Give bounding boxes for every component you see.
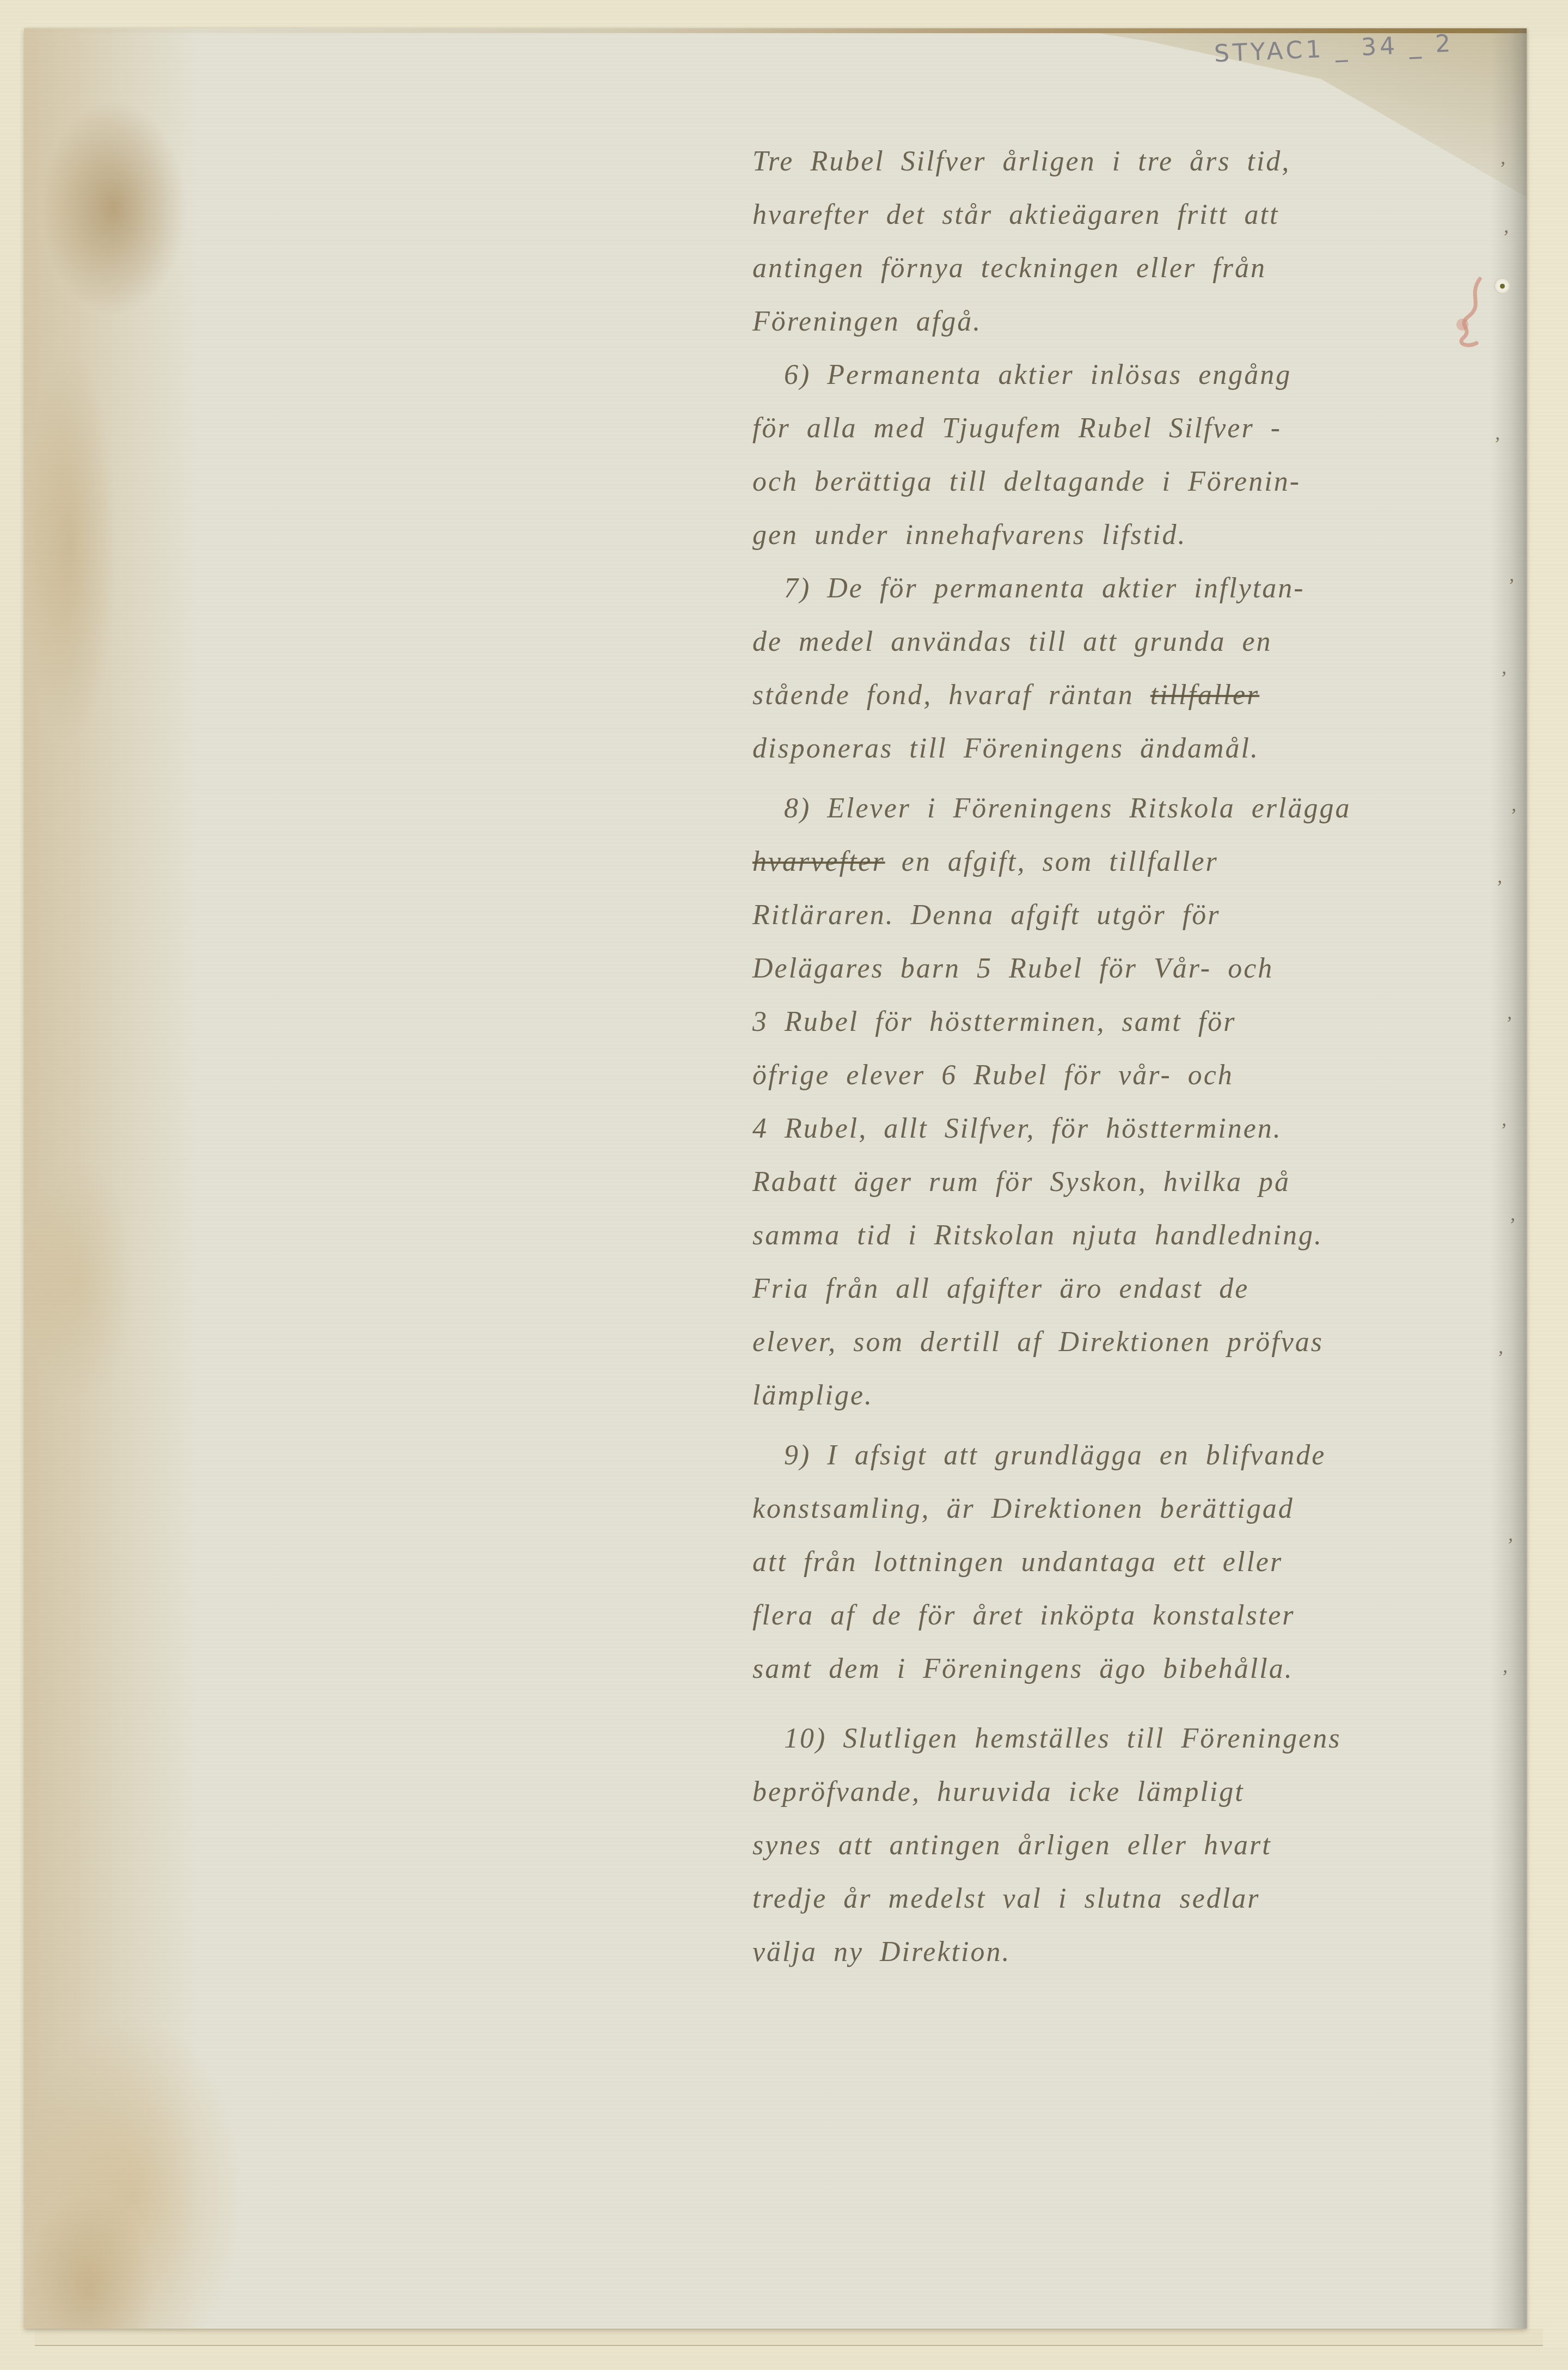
manuscript-line: att från lottningen undantaga ett eller bbox=[752, 1536, 1520, 1589]
manuscript-line: 6) Permanenta aktier inlösas engång bbox=[752, 349, 1520, 402]
manuscript-line-text: välja ny Direktion. bbox=[752, 1937, 1010, 1968]
manuscript-line-text: synes att antingen årligen eller hvart bbox=[752, 1830, 1272, 1861]
manuscript-line-text: Föreningen afgå. bbox=[752, 306, 982, 337]
ink-speck: ʼ bbox=[1499, 1119, 1506, 1141]
manuscript-line: antingen förnya teckningen eller från bbox=[752, 242, 1520, 295]
manuscript-line-text: disponeras till Föreningens ändamål. bbox=[752, 733, 1259, 764]
ink-speck: ʼ bbox=[1507, 574, 1514, 597]
manuscript-text: Tre Rubel Silfver årligen i tre års tid,… bbox=[752, 135, 1520, 1979]
manuscript-line: konstsamling, är Direktionen berättigad bbox=[752, 1482, 1520, 1536]
manuscript-line-text: de medel användas till att grunda en bbox=[752, 626, 1272, 657]
manuscript-line: Rabatt äger rum för Syskon, hvilka på bbox=[752, 1156, 1520, 1209]
manuscript-line-text: tredje år medelst val i slutna sedlar bbox=[752, 1883, 1260, 1914]
manuscript-line-text: för alla med Tjugufem Rubel Silfver - bbox=[752, 413, 1282, 444]
manuscript-line: samt dem i Föreningens ägo bibehålla. bbox=[752, 1642, 1520, 1696]
manuscript-line-text: lämplige. bbox=[752, 1380, 873, 1411]
manuscript-line-text: att från lottningen undantaga ett eller bbox=[752, 1547, 1283, 1578]
manuscript-line: flera af de för året inköpta konstalster bbox=[752, 1589, 1520, 1642]
manuscript-line: gen under innehafvarens lifstid. bbox=[752, 509, 1520, 562]
manuscript-line-text: 10) Slutligen hemställes till Föreningen… bbox=[784, 1723, 1341, 1754]
manuscript-line-text: gen under innehafvarens lifstid. bbox=[752, 520, 1187, 551]
manuscript-line-text: Tre Rubel Silfver årligen i tre års tid, bbox=[752, 146, 1290, 177]
manuscript-line-text: och berättiga till deltagande i Förenin- bbox=[752, 466, 1301, 497]
ink-speck: ʼ bbox=[1500, 1665, 1507, 1688]
manuscript-line-text: Rabatt äger rum för Syskon, hvilka på bbox=[752, 1166, 1290, 1198]
manuscript-line-text: 6) Permanenta aktier inlösas engång bbox=[784, 359, 1291, 390]
struck-word: hvarvefter bbox=[752, 846, 885, 877]
manuscript-line-text: 8) Elever i Föreningens Ritskola erlägga bbox=[784, 793, 1351, 824]
red-ink-mark-icon bbox=[1446, 274, 1495, 356]
ink-speck: ʼ bbox=[1498, 157, 1505, 180]
manuscript-line-text: 7) De för permanenta aktier inflytan- bbox=[784, 573, 1305, 604]
manuscript-line: lämplige. bbox=[752, 1369, 1520, 1422]
manuscript-page: STYAC1 _ 34 _ 2 Tre Rubel Silfver årlige… bbox=[24, 28, 1527, 2329]
under-sheet-right-edge bbox=[1524, 38, 1568, 2347]
ink-speck: ʼ bbox=[1508, 1213, 1515, 1236]
manuscript-line: 8) Elever i Föreningens Ritskola erlägga bbox=[752, 782, 1520, 835]
manuscript-line-text: antingen förnya teckningen eller från bbox=[752, 253, 1266, 284]
manuscript-line-text: stående fond, hvaraf räntan bbox=[752, 680, 1150, 711]
ink-speck: ʼ bbox=[1496, 1346, 1503, 1369]
ink-speck: ʼ bbox=[1495, 876, 1502, 899]
ink-speck: ʼ bbox=[1499, 667, 1506, 689]
manuscript-line: samma tid i Ritskolan njuta handledning. bbox=[752, 1209, 1520, 1262]
manuscript-line-text: Ritläraren. Denna afgift utgör för bbox=[752, 900, 1221, 931]
manuscript-line: disponeras till Föreningens ändamål. bbox=[752, 722, 1520, 775]
manuscript-line: Ritläraren. Denna afgift utgör för bbox=[752, 889, 1520, 942]
manuscript-line: välja ny Direktion. bbox=[752, 1926, 1520, 1979]
manuscript-line-text: bepröfvande, huruvida icke lämpligt bbox=[752, 1776, 1245, 1807]
pin-hole-speck bbox=[1500, 284, 1505, 289]
manuscript-line: Föreningen afgå. bbox=[752, 295, 1520, 349]
manuscript-line-text: Fria från all afgifter äro endast de bbox=[752, 1273, 1249, 1304]
manuscript-line: 9) I afsigt att grundlägga en blifvande bbox=[752, 1429, 1520, 1482]
document-scan: STYAC1 _ 34 _ 2 Tre Rubel Silfver årlige… bbox=[0, 0, 1568, 2370]
red-ink-mark bbox=[1446, 274, 1495, 359]
manuscript-line-text: samt dem i Föreningens ägo bibehålla. bbox=[752, 1653, 1294, 1684]
manuscript-line: stående fond, hvaraf räntan tillfaller bbox=[752, 669, 1520, 722]
manuscript-line: bepröfvande, huruvida icke lämpligt bbox=[752, 1766, 1520, 1819]
manuscript-line-text: 3 Rubel för höstterminen, samt för bbox=[752, 1006, 1236, 1037]
manuscript-line-text: öfrige elever 6 Rubel för vår- och bbox=[752, 1060, 1234, 1091]
under-sheet-bottom-edge bbox=[35, 2329, 1543, 2346]
manuscript-line-text: hvarefter det står aktieägaren fritt att bbox=[752, 199, 1279, 230]
struck-word: tillfaller bbox=[1150, 680, 1259, 711]
manuscript-line: de medel användas till att grunda en bbox=[752, 615, 1520, 669]
manuscript-line-text: flera af de för året inköpta konstalster bbox=[752, 1600, 1295, 1631]
manuscript-line: Tre Rubel Silfver årligen i tre års tid, bbox=[752, 135, 1520, 188]
manuscript-line-text: samma tid i Ritskolan njuta handledning. bbox=[752, 1220, 1323, 1251]
manuscript-line: 7) De för permanenta aktier inflytan- bbox=[752, 562, 1520, 615]
manuscript-line: Fria från all afgifter äro endast de bbox=[752, 1262, 1520, 1316]
manuscript-line-text: en afgift, som tillfaller bbox=[885, 846, 1218, 877]
ink-speck: ʼ bbox=[1506, 1534, 1512, 1556]
manuscript-line: för alla med Tjugufem Rubel Silfver - bbox=[752, 402, 1520, 455]
ink-speck: ʼ bbox=[1509, 804, 1516, 827]
manuscript-line-text: 4 Rubel, allt Silfver, för höstterminen. bbox=[752, 1113, 1282, 1144]
manuscript-line: hvarvefter en afgift, som tillfaller bbox=[752, 835, 1520, 889]
manuscript-line: synes att antingen årligen eller hvart bbox=[752, 1819, 1520, 1872]
manuscript-line-text: 9) I afsigt att grundlägga en blifvande bbox=[784, 1440, 1326, 1471]
ink-speck: ʼ bbox=[1505, 1012, 1511, 1035]
manuscript-line-text: elever, som dertill af Direktionen pröfv… bbox=[752, 1327, 1324, 1358]
manuscript-line: Delägares barn 5 Rubel för Vår- och bbox=[752, 942, 1520, 995]
pin-hole bbox=[1494, 278, 1510, 294]
manuscript-line: elever, som dertill af Direktionen pröfv… bbox=[752, 1316, 1520, 1369]
manuscript-line: tredje år medelst val i slutna sedlar bbox=[752, 1872, 1520, 1926]
manuscript-line: 3 Rubel för höstterminen, samt för bbox=[752, 995, 1520, 1049]
manuscript-line: och berättiga till deltagande i Förenin- bbox=[752, 455, 1520, 509]
manuscript-line: 4 Rubel, allt Silfver, för höstterminen. bbox=[752, 1102, 1520, 1156]
manuscript-line: hvarefter det står aktieägaren fritt att bbox=[752, 188, 1520, 242]
ink-speck: ʼ bbox=[1493, 432, 1499, 455]
ink-speck: ʼ bbox=[1502, 225, 1508, 248]
manuscript-line-text: konstsamling, är Direktionen berättigad bbox=[752, 1493, 1294, 1524]
manuscript-lines: Tre Rubel Silfver årligen i tre års tid,… bbox=[752, 135, 1520, 1979]
manuscript-line: 10) Slutligen hemställes till Föreningen… bbox=[752, 1712, 1520, 1766]
manuscript-line: öfrige elever 6 Rubel för vår- och bbox=[752, 1049, 1520, 1102]
manuscript-line-text: Delägares barn 5 Rubel för Vår- och bbox=[752, 953, 1273, 984]
